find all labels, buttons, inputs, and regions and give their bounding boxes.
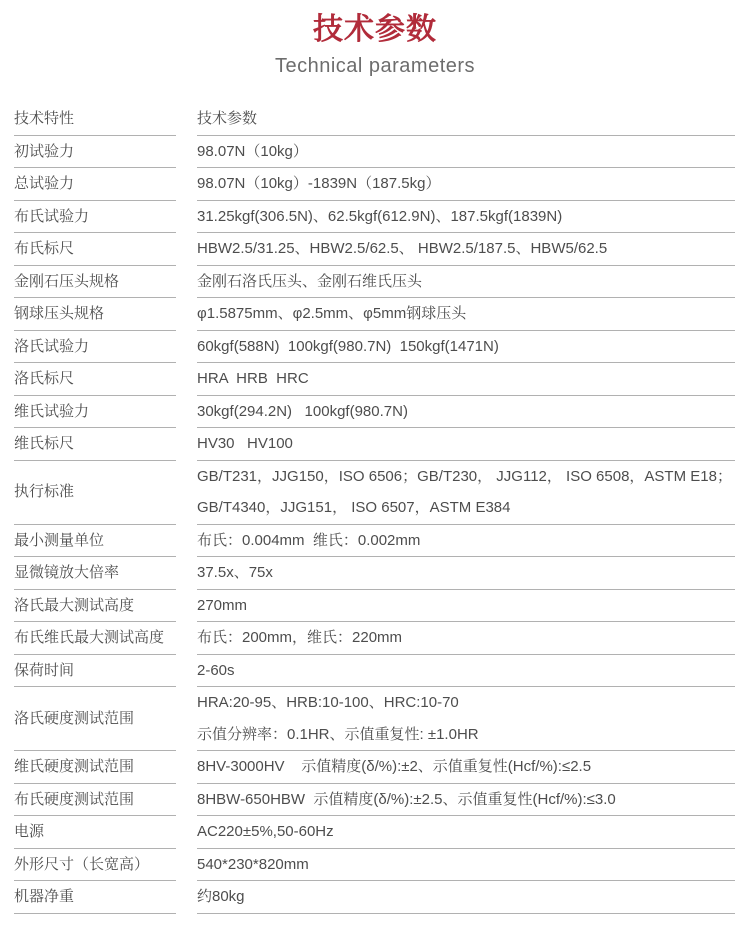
row-value: HRA HRB HRC bbox=[197, 363, 735, 396]
table-row: 洛氏最大测试高度270mm bbox=[14, 590, 735, 623]
row-value: HV30 HV100 bbox=[197, 428, 735, 461]
table-row: 钢球压头规格φ1.5875mm、φ2.5mm、φ5mm钢球压头 bbox=[14, 298, 735, 331]
table-row: 保荷时间2-60s bbox=[14, 655, 735, 688]
header-label-cell: 技术特性 bbox=[14, 103, 176, 136]
row-label: 维氏试验力 bbox=[14, 396, 176, 429]
row-label-text: 初试验力 bbox=[14, 136, 176, 168]
row-label: 显微镜放大倍率 bbox=[14, 557, 176, 590]
row-value-line: 31.25kgf(306.5N)、62.5kgf(612.9N)、187.5kg… bbox=[197, 201, 735, 233]
table-row: 显微镜放大倍率37.5x、75x bbox=[14, 557, 735, 590]
row-label-text: 显微镜放大倍率 bbox=[14, 557, 176, 589]
table-row: 布氏维氏最大测试高度布氏：200mm，维氏：220mm bbox=[14, 622, 735, 655]
row-value: 37.5x、75x bbox=[197, 557, 735, 590]
row-value: 98.07N（10kg）-1839N（187.5kg） bbox=[197, 168, 735, 201]
table-row: 电源AC220±5%,50-60Hz bbox=[14, 816, 735, 849]
row-value-line: 37.5x、75x bbox=[197, 557, 735, 589]
row-label: 布氏硬度测试范围 bbox=[14, 784, 176, 817]
header-label-text: 技术特性 bbox=[14, 103, 176, 135]
row-label-text: 维氏标尺 bbox=[14, 428, 176, 460]
row-label: 洛氏试验力 bbox=[14, 331, 176, 364]
row-label: 维氏标尺 bbox=[14, 428, 176, 461]
row-label-text: 布氏维氏最大测试高度 bbox=[14, 622, 176, 654]
row-value-line: 98.07N（10kg）-1839N（187.5kg） bbox=[197, 168, 735, 200]
row-label: 洛氏硬度测试范围 bbox=[14, 687, 176, 751]
row-label-text: 洛氏试验力 bbox=[14, 331, 176, 363]
row-value: HBW2.5/31.25、HBW2.5/62.5、 HBW2.5/187.5、H… bbox=[197, 233, 735, 266]
table-row: 洛氏标尺HRA HRB HRC bbox=[14, 363, 735, 396]
row-value: 540*230*820mm bbox=[197, 849, 735, 882]
row-label: 电源 bbox=[14, 816, 176, 849]
row-label-text: 洛氏标尺 bbox=[14, 363, 176, 395]
table-row: 执行标准GB/T231，JJG150，ISO 6506；GB/T230， JJG… bbox=[14, 461, 735, 525]
row-value-line: 60kgf(588N) 100kgf(980.7N) 150kgf(1471N) bbox=[197, 331, 735, 363]
row-value: φ1.5875mm、φ2.5mm、φ5mm钢球压头 bbox=[197, 298, 735, 331]
row-value: 金刚石洛氏压头、金刚石维氏压头 bbox=[197, 266, 735, 299]
page-subtitle: Technical parameters bbox=[0, 54, 750, 78]
row-label: 初试验力 bbox=[14, 136, 176, 169]
row-label-text: 金刚石压头规格 bbox=[14, 266, 176, 298]
row-value-line: 2-60s bbox=[197, 655, 735, 687]
row-value-line: 30kgf(294.2N) 100kgf(980.7N) bbox=[197, 396, 735, 428]
technical-parameters-table: 技术特性 技术参数 初试验力98.07N（10kg）总试验力98.07N（10k… bbox=[14, 103, 735, 914]
table-row: 维氏试验力30kgf(294.2N) 100kgf(980.7N) bbox=[14, 396, 735, 429]
row-value: 8HBW-650HBW 示值精度(δ/%):±2.5、示值重复性(Hcf/%):… bbox=[197, 784, 735, 817]
row-value-line: 布氏：200mm，维氏：220mm bbox=[197, 622, 735, 654]
row-value-line: 270mm bbox=[197, 590, 735, 622]
table-row: 机器净重约80kg bbox=[14, 881, 735, 914]
row-value-line: 8HBW-650HBW 示值精度(δ/%):±2.5、示值重复性(Hcf/%):… bbox=[197, 784, 735, 816]
row-label: 外形尺寸（长宽高） bbox=[14, 849, 176, 882]
row-label-text: 保荷时间 bbox=[14, 655, 176, 687]
row-value: 约80kg bbox=[197, 881, 735, 914]
row-label: 维氏硬度测试范围 bbox=[14, 751, 176, 784]
row-label-text: 钢球压头规格 bbox=[14, 298, 176, 330]
row-value: 31.25kgf(306.5N)、62.5kgf(612.9N)、187.5kg… bbox=[197, 201, 735, 234]
row-value-line: φ1.5875mm、φ2.5mm、φ5mm钢球压头 bbox=[197, 298, 735, 330]
row-value: AC220±5%,50-60Hz bbox=[197, 816, 735, 849]
row-label: 洛氏最大测试高度 bbox=[14, 590, 176, 623]
row-value-line: HBW2.5/31.25、HBW2.5/62.5、 HBW2.5/187.5、H… bbox=[197, 233, 735, 265]
row-label: 洛氏标尺 bbox=[14, 363, 176, 396]
row-value-line: 金刚石洛氏压头、金刚石维氏压头 bbox=[197, 266, 735, 298]
row-value: GB/T231，JJG150，ISO 6506；GB/T230， JJG112，… bbox=[197, 461, 735, 525]
row-value-line: HRA:20-95、HRB:10-100、HRC:10-70 bbox=[197, 687, 735, 719]
row-label: 金刚石压头规格 bbox=[14, 266, 176, 299]
row-value: 60kgf(588N) 100kgf(980.7N) 150kgf(1471N) bbox=[197, 331, 735, 364]
row-value: 30kgf(294.2N) 100kgf(980.7N) bbox=[197, 396, 735, 429]
row-label-text: 洛氏最大测试高度 bbox=[14, 590, 176, 622]
row-label-text: 机器净重 bbox=[14, 881, 176, 913]
row-label: 钢球压头规格 bbox=[14, 298, 176, 331]
table-row: 初试验力98.07N（10kg） bbox=[14, 136, 735, 169]
row-value: 98.07N（10kg） bbox=[197, 136, 735, 169]
row-label: 最小测量单位 bbox=[14, 525, 176, 558]
row-label-text: 最小测量单位 bbox=[14, 525, 176, 557]
row-label-text: 布氏试验力 bbox=[14, 201, 176, 233]
row-label-text: 执行标准 bbox=[14, 476, 176, 508]
table-row: 维氏标尺HV30 HV100 bbox=[14, 428, 735, 461]
row-value-line: AC220±5%,50-60Hz bbox=[197, 816, 735, 848]
page-title: 技术参数 bbox=[0, 13, 750, 47]
row-value: 270mm bbox=[197, 590, 735, 623]
row-label: 总试验力 bbox=[14, 168, 176, 201]
table-row: 布氏试验力31.25kgf(306.5N)、62.5kgf(612.9N)、18… bbox=[14, 201, 735, 234]
row-value: 布氏：0.004mm 维氏：0.002mm bbox=[197, 525, 735, 558]
row-value: HRA:20-95、HRB:10-100、HRC:10-70示值分辨率：0.1H… bbox=[197, 687, 735, 751]
table-header-row: 技术特性 技术参数 bbox=[14, 103, 735, 136]
row-label-text: 洛氏硬度测试范围 bbox=[14, 703, 176, 735]
row-value-line: GB/T4340，JJG151， ISO 6507，ASTM E384 bbox=[197, 492, 735, 524]
row-label: 布氏试验力 bbox=[14, 201, 176, 234]
row-value-line: 540*230*820mm bbox=[197, 849, 735, 881]
row-label-text: 布氏标尺 bbox=[14, 233, 176, 265]
row-label-text: 总试验力 bbox=[14, 168, 176, 200]
row-value-line: 示值分辨率：0.1HR、示值重复性: ±1.0HR bbox=[197, 719, 735, 751]
row-label: 执行标准 bbox=[14, 461, 176, 525]
header-value-cell: 技术参数 bbox=[197, 103, 735, 136]
row-value: 8HV-3000HV 示值精度(δ/%):±2、示值重复性(Hcf/%):≤2.… bbox=[197, 751, 735, 784]
row-label: 布氏维氏最大测试高度 bbox=[14, 622, 176, 655]
row-label-text: 维氏试验力 bbox=[14, 396, 176, 428]
row-value-line: 98.07N（10kg） bbox=[197, 136, 735, 168]
table-row: 洛氏试验力60kgf(588N) 100kgf(980.7N) 150kgf(1… bbox=[14, 331, 735, 364]
table-row: 布氏硬度测试范围8HBW-650HBW 示值精度(δ/%):±2.5、示值重复性… bbox=[14, 784, 735, 817]
row-value-line: HRA HRB HRC bbox=[197, 363, 735, 395]
row-value-line: 约80kg bbox=[197, 881, 735, 913]
table-row: 布氏标尺HBW2.5/31.25、HBW2.5/62.5、 HBW2.5/187… bbox=[14, 233, 735, 266]
row-label-text: 维氏硬度测试范围 bbox=[14, 751, 176, 783]
row-value-line: GB/T231，JJG150，ISO 6506；GB/T230， JJG112，… bbox=[197, 461, 735, 493]
table-row: 金刚石压头规格金刚石洛氏压头、金刚石维氏压头 bbox=[14, 266, 735, 299]
row-label-text: 电源 bbox=[14, 816, 176, 848]
table-row: 洛氏硬度测试范围HRA:20-95、HRB:10-100、HRC:10-70示值… bbox=[14, 687, 735, 751]
row-label: 保荷时间 bbox=[14, 655, 176, 688]
row-label-text: 外形尺寸（长宽高） bbox=[14, 849, 176, 881]
row-label-text: 布氏硬度测试范围 bbox=[14, 784, 176, 816]
row-label: 机器净重 bbox=[14, 881, 176, 914]
page-header: 技术参数 Technical parameters bbox=[0, 0, 750, 78]
row-label: 布氏标尺 bbox=[14, 233, 176, 266]
row-value: 布氏：200mm，维氏：220mm bbox=[197, 622, 735, 655]
table-row: 外形尺寸（长宽高）540*230*820mm bbox=[14, 849, 735, 882]
row-value-line: HV30 HV100 bbox=[197, 428, 735, 460]
row-value-line: 8HV-3000HV 示值精度(δ/%):±2、示值重复性(Hcf/%):≤2.… bbox=[197, 751, 735, 783]
table-row: 最小测量单位布氏：0.004mm 维氏：0.002mm bbox=[14, 525, 735, 558]
table-row: 维氏硬度测试范围8HV-3000HV 示值精度(δ/%):±2、示值重复性(Hc… bbox=[14, 751, 735, 784]
row-value-line: 布氏：0.004mm 维氏：0.002mm bbox=[197, 525, 735, 557]
row-value: 2-60s bbox=[197, 655, 735, 688]
table-row: 总试验力98.07N（10kg）-1839N（187.5kg） bbox=[14, 168, 735, 201]
header-value-text: 技术参数 bbox=[197, 103, 735, 135]
